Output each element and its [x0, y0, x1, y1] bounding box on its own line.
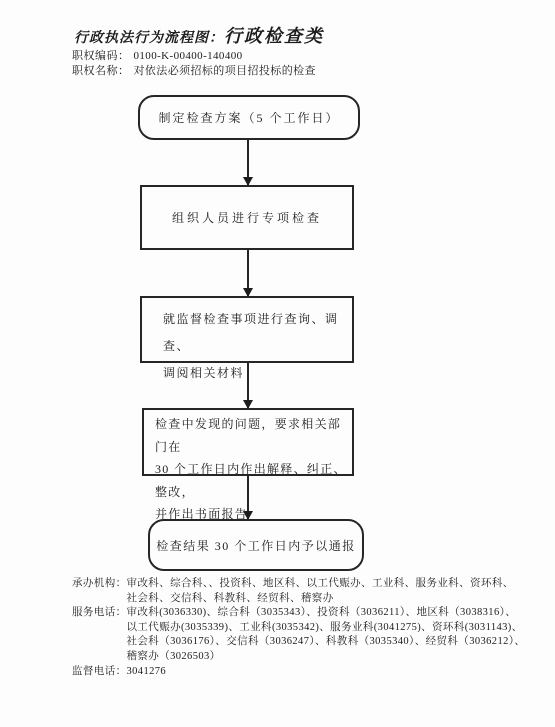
- agencies-line: 社会科、交信科、科教科、经贸科、稽察办: [127, 592, 518, 607]
- flow-node-text: 检查结果 30 个工作日内予以通报: [156, 537, 356, 554]
- flow-node-text: 制定检查方案（5 个工作日）: [158, 109, 339, 126]
- supervision-phone-row: 监督电话： 3041276: [72, 665, 517, 680]
- flow-node-text: 组织人员进行专项检查: [172, 209, 322, 226]
- agencies-line: 审改科、综合科、、投资科、地区科、以工代赈办、工业科、服务业科、资环科、: [127, 577, 518, 592]
- flow-node-text-line: 就监督检查事项进行查询、调查、: [163, 306, 352, 360]
- document-page: 行政执法行为流程图：行政检查类 职权编码： 0100-K-00400-14040…: [0, 0, 555, 727]
- agencies-row: 承办机构： 审改科、综合科、、投资科、地区科、以工代赈办、工业科、服务业科、资环…: [72, 577, 517, 606]
- service-phone-row: 服务电话： 审改科(3036330)、综合科（3035343）、投资科（3036…: [72, 606, 517, 664]
- connector-arrow-4: [247, 476, 249, 519]
- flow-node-text-line: 检查中发现的问题，要求相关部门在: [155, 413, 352, 458]
- flow-node-result-notification: 检查结果 30 个工作日内予以通报: [148, 519, 364, 571]
- authority-name-value: 对依法必须招标的项目招投标的检查: [134, 64, 316, 79]
- title-main: 行政检查类: [224, 26, 324, 46]
- meta-block: 职权编码： 0100-K-00400-140400 职权名称： 对依法必须招标的…: [72, 49, 316, 78]
- service-phone-line: 稽察办（3026503）: [127, 650, 526, 665]
- agencies-label: 承办机构：: [72, 577, 127, 606]
- service-phone-content: 审改科(3036330)、综合科（3035343）、投资科（3036211）、地…: [127, 606, 526, 664]
- authority-code-label: 职权编码：: [72, 49, 130, 64]
- flow-node-inquiry-investigation: 就监督检查事项进行查询、调查、 调阅相关材料: [140, 296, 354, 363]
- authority-name-label: 职权名称：: [72, 64, 130, 79]
- footer-block: 承办机构： 审改科、综合科、、投资科、地区科、以工代赈办、工业科、服务业科、资环…: [72, 577, 517, 679]
- service-phone-label: 服务电话：: [72, 606, 127, 664]
- connector-arrow-1: [247, 140, 249, 185]
- flow-node-text-line: 调阅相关材料: [163, 360, 352, 387]
- flow-node-organize-inspection: 组织人员进行专项检查: [140, 185, 354, 250]
- service-phone-line: 审改科(3036330)、综合科（3035343）、投资科（3036211）、地…: [127, 606, 526, 621]
- connector-arrow-3: [247, 363, 249, 408]
- title-prefix: 行政执法行为流程图：: [74, 31, 224, 46]
- page-title: 行政执法行为流程图：行政检查类: [74, 22, 324, 48]
- service-phone-line: 社会科（3036176）、交信科（3036247）、科教科（3035340）、经…: [127, 635, 526, 650]
- flow-node-problem-correction: 检查中发现的问题，要求相关部门在 30 个工作日内作出解释、纠正、整改， 并作出…: [142, 408, 354, 476]
- authority-code-row: 职权编码： 0100-K-00400-140400: [72, 49, 316, 64]
- flow-node-text-line: 30 个工作日内作出解释、纠正、整改，: [155, 458, 352, 503]
- agencies-content: 审改科、综合科、、投资科、地区科、以工代赈办、工业科、服务业科、资环科、 社会科…: [127, 577, 518, 606]
- connector-arrow-2: [247, 250, 249, 296]
- authority-code-value: 0100-K-00400-140400: [134, 49, 243, 64]
- service-phone-line: 以工代赈办(3035339)、工业科(3035342)、服务业科(3041275…: [127, 621, 526, 636]
- authority-name-row: 职权名称： 对依法必须招标的项目招投标的检查: [72, 64, 316, 79]
- supervision-phone-value: 3041276: [127, 665, 518, 680]
- supervision-phone-label: 监督电话：: [72, 665, 127, 680]
- flow-node-make-plan: 制定检查方案（5 个工作日）: [138, 95, 360, 140]
